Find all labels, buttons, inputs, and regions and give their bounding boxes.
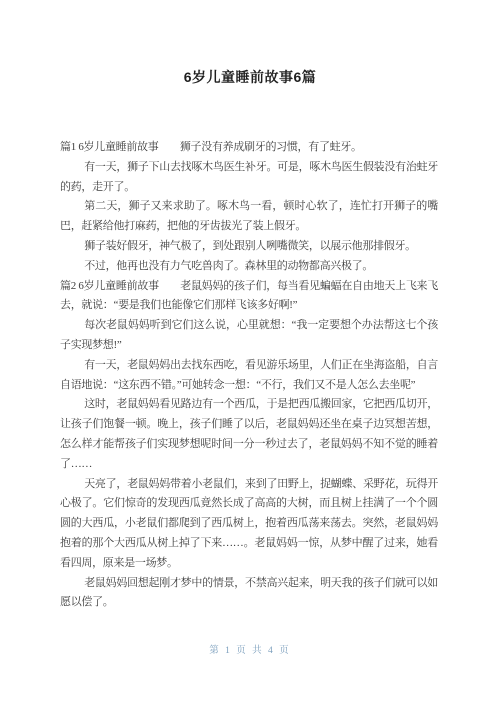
paragraph: 有一天，狮子下山去找啄木鸟医生补牙。可是，啄木鸟医生假装没有治蛀牙的药，走开了。: [60, 158, 438, 198]
paragraph: 有一天，老鼠妈妈出去找东西吃，看见游乐场里，人们正在坐海盗船，自言自语地说：“这…: [60, 356, 438, 396]
document-title: 6岁儿童睡前故事6篇: [0, 0, 500, 88]
paragraph: 篇2 6岁儿童睡前故事 老鼠妈妈的孩子们，每当看见蝙蝠在自由地天上飞来飞去，就说…: [60, 277, 438, 317]
paragraph: 篇1 6岁儿童睡前故事 狮子没有养成刷牙的习惯，有了蛀牙。: [60, 138, 438, 158]
paragraph: 不过，他再也没有力气吃兽肉了。森林里的动物都高兴极了。: [60, 257, 438, 277]
document-page: 6岁儿童睡前故事6篇 篇1 6岁儿童睡前故事 狮子没有养成刷牙的习惯，有了蛀牙。…: [0, 0, 500, 707]
paragraph: 这时，老鼠妈妈看见路边有一个西瓜，于是把西瓜搬回家，它把西瓜切开，让孩子们饱餐一…: [60, 395, 438, 474]
paragraph: 狮子装好假牙，神气极了，到处跟别人咧嘴微笑，以展示他那排假牙。: [60, 237, 438, 257]
paragraph: 每次老鼠妈妈听到它们这么说，心里就想：“我一定要想个办法帮这七个孩子实现梦想!”: [60, 316, 438, 356]
paragraph: 天亮了，老鼠妈妈带着小老鼠们，来到了田野上，捉蝴蝶、采野花，玩得开心极了。它们惊…: [60, 475, 438, 574]
paragraph: 第二天，狮子又来求助了。啄木鸟一看，顿时心软了，连忙打开狮子的嘴巴，赶紧给他打麻…: [60, 197, 438, 237]
document-body: 篇1 6岁儿童睡前故事 狮子没有养成刷牙的习惯，有了蛀牙。有一天，狮子下山去找啄…: [60, 138, 438, 613]
page-footer: 第 1 页 共 4 页: [0, 642, 500, 656]
paragraph: 老鼠妈妈回想起刚才梦中的情景，不禁高兴起来，明天我的孩子们就可以如愿以偿了。: [60, 574, 438, 614]
